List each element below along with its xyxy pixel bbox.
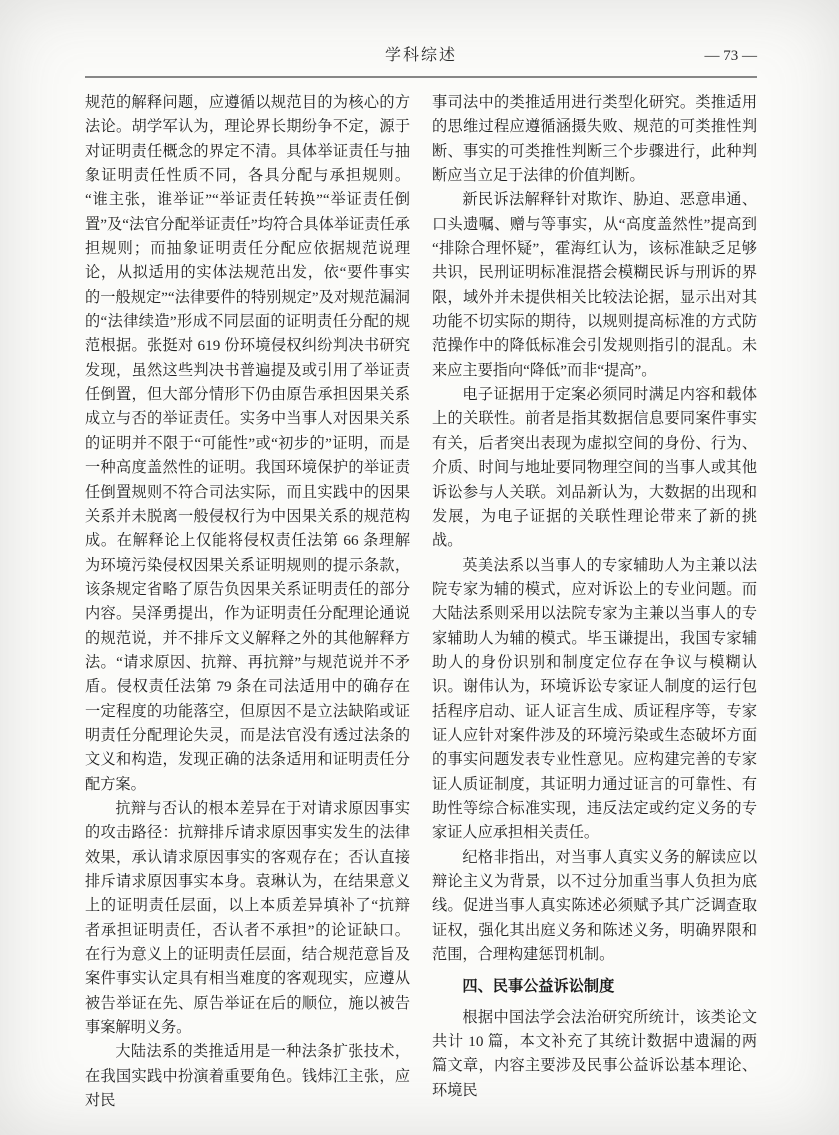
page: 学科综述 — 73 — 规范的解释问题，应遵循以规范目的为核心的方法论。胡学军认… bbox=[0, 0, 839, 1135]
paragraph: 抗辩与否认的根本差异在于对请求原因事实的攻击路径：抗辩排斥请求原因事实发生的法律… bbox=[85, 797, 410, 1040]
paragraph: 电子证据用于定案必须同时满足内容和载体上的关联性。前者是指其数据信息要同案件事实… bbox=[432, 383, 757, 553]
paragraph: 事司法中的类推适用进行类型化研究。类推适用的思维过程应遵循涵摄失败、规范的可类推… bbox=[432, 91, 757, 188]
paragraph: 英美法系以当事人的专家辅助人为主兼以法院专家为辅的模式，应对诉讼上的专业问题。而… bbox=[432, 554, 757, 846]
paragraph: 纪格非指出，对当事人真实义务的解读应以辩论主义为背景，以不过分加重当事人负担为底… bbox=[432, 846, 757, 968]
right-column: 事司法中的类推适用进行类型化研究。类推适用的思维过程应遵循涵摄失败、规范的可类推… bbox=[432, 91, 757, 1113]
paragraph: 大陆法系的类推适用是一种法条扩张技术，在我国实践中扮演着重要角色。钱炜江主张，应… bbox=[85, 1040, 410, 1113]
page-header: 学科综述 — 73 — bbox=[85, 44, 757, 68]
paragraph: 根据中国法学会法治研究所统计，该类论文共计 10 篇，本文补充了其统计数据中遗漏… bbox=[432, 1006, 757, 1103]
section-heading: 四、民事公益诉讼制度 bbox=[432, 975, 757, 999]
header-rule bbox=[85, 76, 757, 78]
left-column: 规范的解释问题，应遵循以规范目的为核心的方法论。胡学军认为，理论界长期纷争不定，… bbox=[85, 91, 410, 1113]
paragraph: 新民诉法解释针对欺诈、胁迫、恶意串通、口头遗嘱、赠与等事实，从“高度盖然性”提高… bbox=[432, 188, 757, 383]
paragraph: 规范的解释问题，应遵循以规范目的为核心的方法论。胡学军认为，理论界长期纷争不定，… bbox=[85, 91, 410, 797]
page-number: — 73 — bbox=[705, 44, 758, 68]
running-head: 学科综述 bbox=[85, 44, 757, 68]
text-columns: 规范的解释问题，应遵循以规范目的为核心的方法论。胡学军认为，理论界长期纷争不定，… bbox=[85, 91, 757, 1113]
